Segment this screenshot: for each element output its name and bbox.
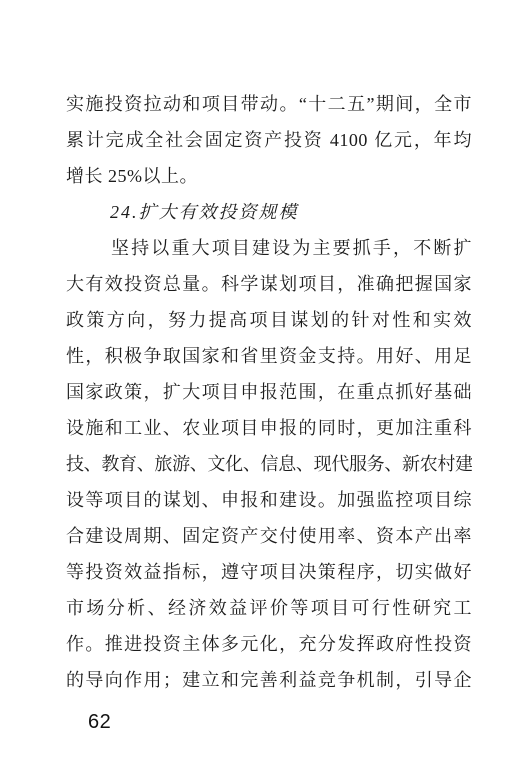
text-line: 技、教育、旅游、文化、信息、现代服务、新农村建 bbox=[66, 446, 472, 482]
text-line: 坚持以重大项目建设为主要抓手，不断扩 bbox=[66, 230, 472, 266]
section-heading: 24.扩大有效投资规模 bbox=[66, 194, 472, 230]
text-line: 市场分析、经济效益评价等项目可行性研究工 bbox=[66, 590, 472, 626]
book-page: 实施投资拉动和项目带动。“十二五”期间，全市 累计完成全社会固定资产投资 410… bbox=[0, 0, 529, 774]
text-line: 的导向作用；建立和完善利益竞争机制，引导企 bbox=[66, 662, 472, 698]
text-line: 性，积极争取国家和省里资金支持。用好、用足 bbox=[66, 338, 472, 374]
text-line: 合建设周期、固定资产交付使用率、资本产出率 bbox=[66, 518, 472, 554]
text-line: 等投资效益指标，遵守项目决策程序，切实做好 bbox=[66, 554, 472, 590]
text-line: 政策方向，努力提高项目谋划的针对性和实效 bbox=[66, 302, 472, 338]
text-line: 设施和工业、农业项目申报的同时，更加注重科 bbox=[66, 410, 472, 446]
text-line: 设等项目的谋划、申报和建设。加强监控项目综 bbox=[66, 482, 472, 518]
text-block: 实施投资拉动和项目带动。“十二五”期间，全市 累计完成全社会固定资产投资 410… bbox=[66, 86, 472, 698]
text-line: 增长 25%以上。 bbox=[66, 158, 472, 194]
page-number: 62 bbox=[88, 711, 111, 734]
text-line: 实施投资拉动和项目带动。“十二五”期间，全市 bbox=[66, 86, 472, 122]
text-line: 作。推进投资主体多元化，充分发挥政府性投资 bbox=[66, 626, 472, 662]
text-line: 累计完成全社会固定资产投资 4100 亿元，年均 bbox=[66, 122, 472, 158]
text-line: 国家政策，扩大项目申报范围，在重点抓好基础 bbox=[66, 374, 472, 410]
text-line: 大有效投资总量。科学谋划项目，准确把握国家 bbox=[66, 266, 472, 302]
